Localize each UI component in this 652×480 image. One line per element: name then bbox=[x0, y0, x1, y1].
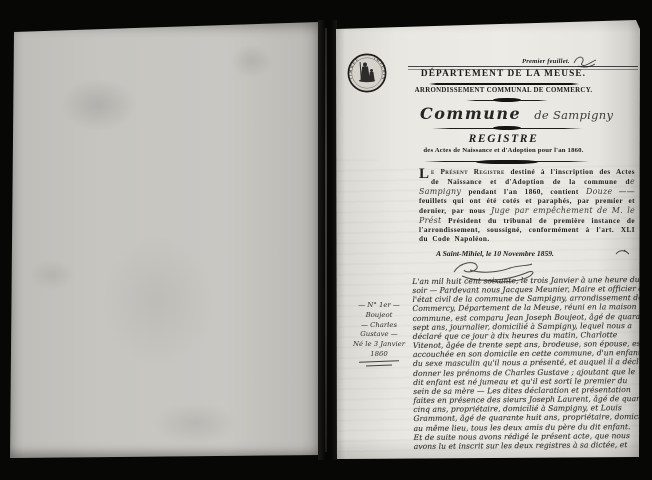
gutter-page-edge-highlight bbox=[325, 28, 327, 452]
margin-note-underline bbox=[359, 361, 399, 363]
ornament-rule-1 bbox=[466, 98, 548, 103]
commune-label: Commune bbox=[420, 104, 521, 123]
department-underline bbox=[429, 83, 579, 86]
register-title: REGISTRE bbox=[396, 133, 611, 145]
act-number: — N° 1er — bbox=[346, 301, 412, 311]
ornament-rule-2 bbox=[432, 126, 582, 131]
margin-note: — N° 1er — Boujeot — Charles Gustave — N… bbox=[346, 301, 412, 366]
arrondissement-heading: ARRONDISSEMENT COMMUNAL DE COMMERCY. bbox=[396, 87, 611, 94]
ornament-rule-3 bbox=[424, 160, 589, 165]
act-surname: Boujeot bbox=[346, 311, 412, 321]
commune-line: Commune de Sampigny bbox=[420, 104, 640, 124]
register-subtitle: des Actes de Naissance et d'Adoption pou… bbox=[396, 147, 611, 154]
birth-act-text: L'an mil huit cent soixante, le trois Ja… bbox=[412, 275, 642, 451]
act-given-names: — Charles Gustave — bbox=[346, 321, 412, 341]
preamble-paragraph: Le Présent Registre destiné à l'inscript… bbox=[419, 168, 635, 244]
register-title-page: TIMBRE IMPERIAL Premier feuillet. DÉPART… bbox=[336, 20, 640, 460]
act-birth-date: Né le 3 Janvier 1860 bbox=[346, 340, 412, 360]
folio-note-label: Premier feuillet. bbox=[522, 58, 570, 65]
department-heading: DÉPARTEMENT DE LA MEUSE. bbox=[396, 69, 611, 79]
dateline: A Saint-Mihiel, le 10 Novembre 1859. bbox=[420, 249, 570, 258]
margin-check-flourish-icon bbox=[614, 247, 632, 257]
book-gutter bbox=[318, 20, 337, 460]
handwritten-folios-insert: Douze —— bbox=[586, 187, 635, 196]
imperial-timbre-stamp-icon: TIMBRE IMPERIAL bbox=[344, 50, 390, 96]
margin-note-underline-short bbox=[366, 364, 392, 366]
scanned-register-image: { "document": { "folio_note": "Premier f… bbox=[0, 0, 652, 480]
left-blank-page bbox=[8, 22, 320, 458]
preamble-dropcap: L bbox=[419, 168, 429, 181]
act-text-line: avons lu et inscrit sur les deux registr… bbox=[414, 440, 642, 451]
commune-name-handwritten: de Sampigny bbox=[534, 108, 613, 122]
